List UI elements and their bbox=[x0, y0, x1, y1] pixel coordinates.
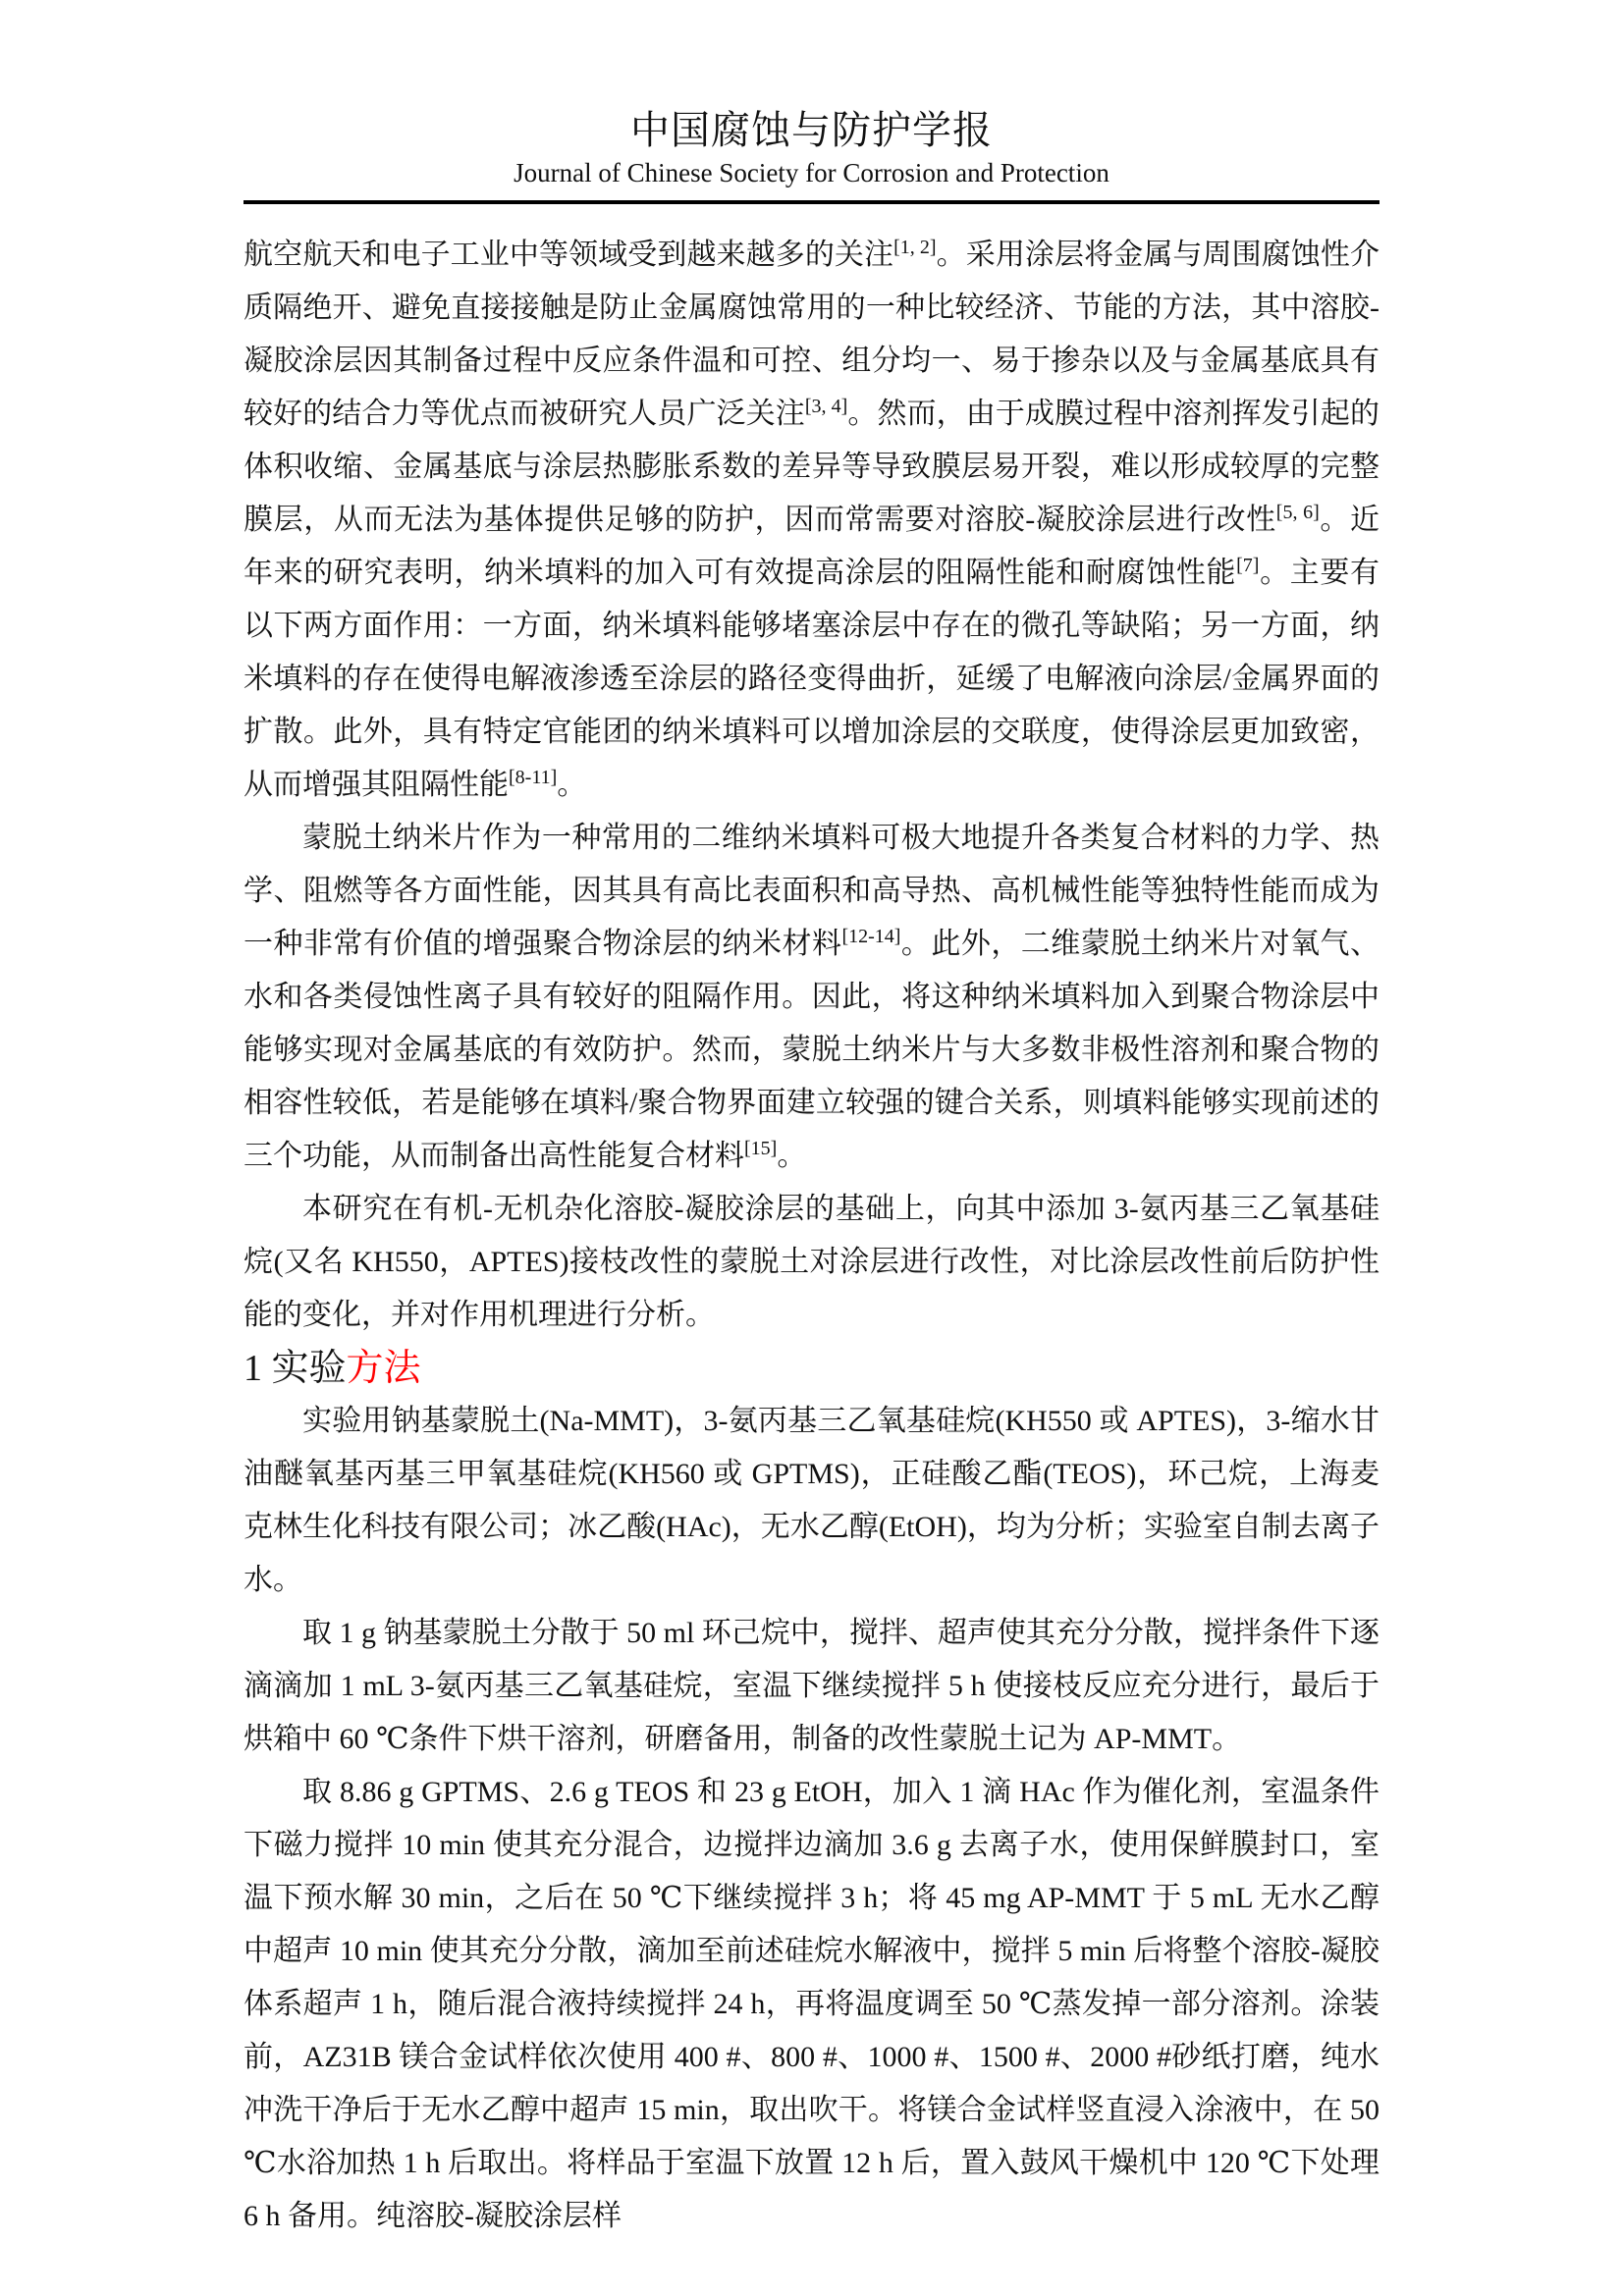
citation-superscript: [12-14] bbox=[841, 926, 900, 947]
text-run: 。主要有以下两方面作用：一方面，纳米填料能够堵塞涂层中存在的微孔等缺陷；另一方面… bbox=[243, 557, 1380, 801]
paragraph: 取 8.86 g GPTMS、2.6 g TEOS 和 23 g EtOH，加入… bbox=[243, 1766, 1380, 2243]
text-run: 航空航天和电子工业中等领域受到越来越多的关注 bbox=[243, 239, 893, 271]
text-run: 。 bbox=[777, 1140, 806, 1172]
citation-superscript: [5, 6] bbox=[1276, 502, 1320, 523]
journal-title-zh: 中国腐蚀与防护学报 bbox=[243, 106, 1380, 155]
article-page: 中国腐蚀与防护学报 Journal of Chinese Society for… bbox=[0, 0, 1623, 2296]
section-heading: 1 实验方法 bbox=[243, 1342, 1380, 1395]
text-run: 。此外，二维蒙脱土纳米片对氧气、水和各类侵蚀性离子具有较好的阻隔作用。因此，将这… bbox=[243, 928, 1380, 1172]
text-run: 。 bbox=[557, 769, 586, 801]
text-run: 实验用钠基蒙脱土(Na-MMT)，3-氨丙基三乙氧基硅烷(KH550 或 APT… bbox=[243, 1405, 1380, 1596]
text-run: 取 1 g 钠基蒙脱土分散于 50 ml 环己烷中，搅拌、超声使其充分分散，搅拌… bbox=[243, 1617, 1380, 1755]
text-run: 1 实验 bbox=[243, 1348, 347, 1389]
paragraph: 航空航天和电子工业中等领域受到越来越多的关注[1, 2]。采用涂层将金属与周围腐… bbox=[243, 229, 1380, 812]
paragraph: 本研究在有机-无机杂化溶胶-凝胶涂层的基础上，向其中添加 3-氨丙基三乙氧基硅烷… bbox=[243, 1183, 1380, 1342]
text-run: 方法 bbox=[347, 1348, 421, 1389]
text-run: 本研究在有机-无机杂化溶胶-凝胶涂层的基础上，向其中添加 3-氨丙基三乙氧基硅烷… bbox=[243, 1193, 1380, 1331]
citation-superscript: [3, 4] bbox=[805, 396, 847, 417]
paragraph: 蒙脱土纳米片作为一种常用的二维纳米填料可极大地提升各类复合材料的力学、热学、阻燃… bbox=[243, 812, 1380, 1183]
journal-title-en: Journal of Chinese Society for Corrosion… bbox=[243, 155, 1380, 190]
article-body: 航空航天和电子工业中等领域受到越来越多的关注[1, 2]。采用涂层将金属与周围腐… bbox=[243, 229, 1380, 2243]
text-run: 取 8.86 g GPTMS、2.6 g TEOS 和 23 g EtOH，加入… bbox=[243, 1776, 1380, 2232]
journal-header: 中国腐蚀与防护学报 Journal of Chinese Society for… bbox=[243, 106, 1380, 204]
paragraph: 实验用钠基蒙脱土(Na-MMT)，3-氨丙基三乙氧基硅烷(KH550 或 APT… bbox=[243, 1395, 1380, 1607]
header-rule bbox=[243, 200, 1380, 204]
citation-superscript: [8-11] bbox=[509, 767, 557, 788]
citation-superscript: [7] bbox=[1236, 555, 1259, 576]
paragraph: 取 1 g 钠基蒙脱土分散于 50 ml 环己烷中，搅拌、超声使其充分分散，搅拌… bbox=[243, 1607, 1380, 1766]
citation-superscript: [1, 2] bbox=[893, 237, 936, 258]
citation-superscript: [15] bbox=[744, 1138, 777, 1159]
